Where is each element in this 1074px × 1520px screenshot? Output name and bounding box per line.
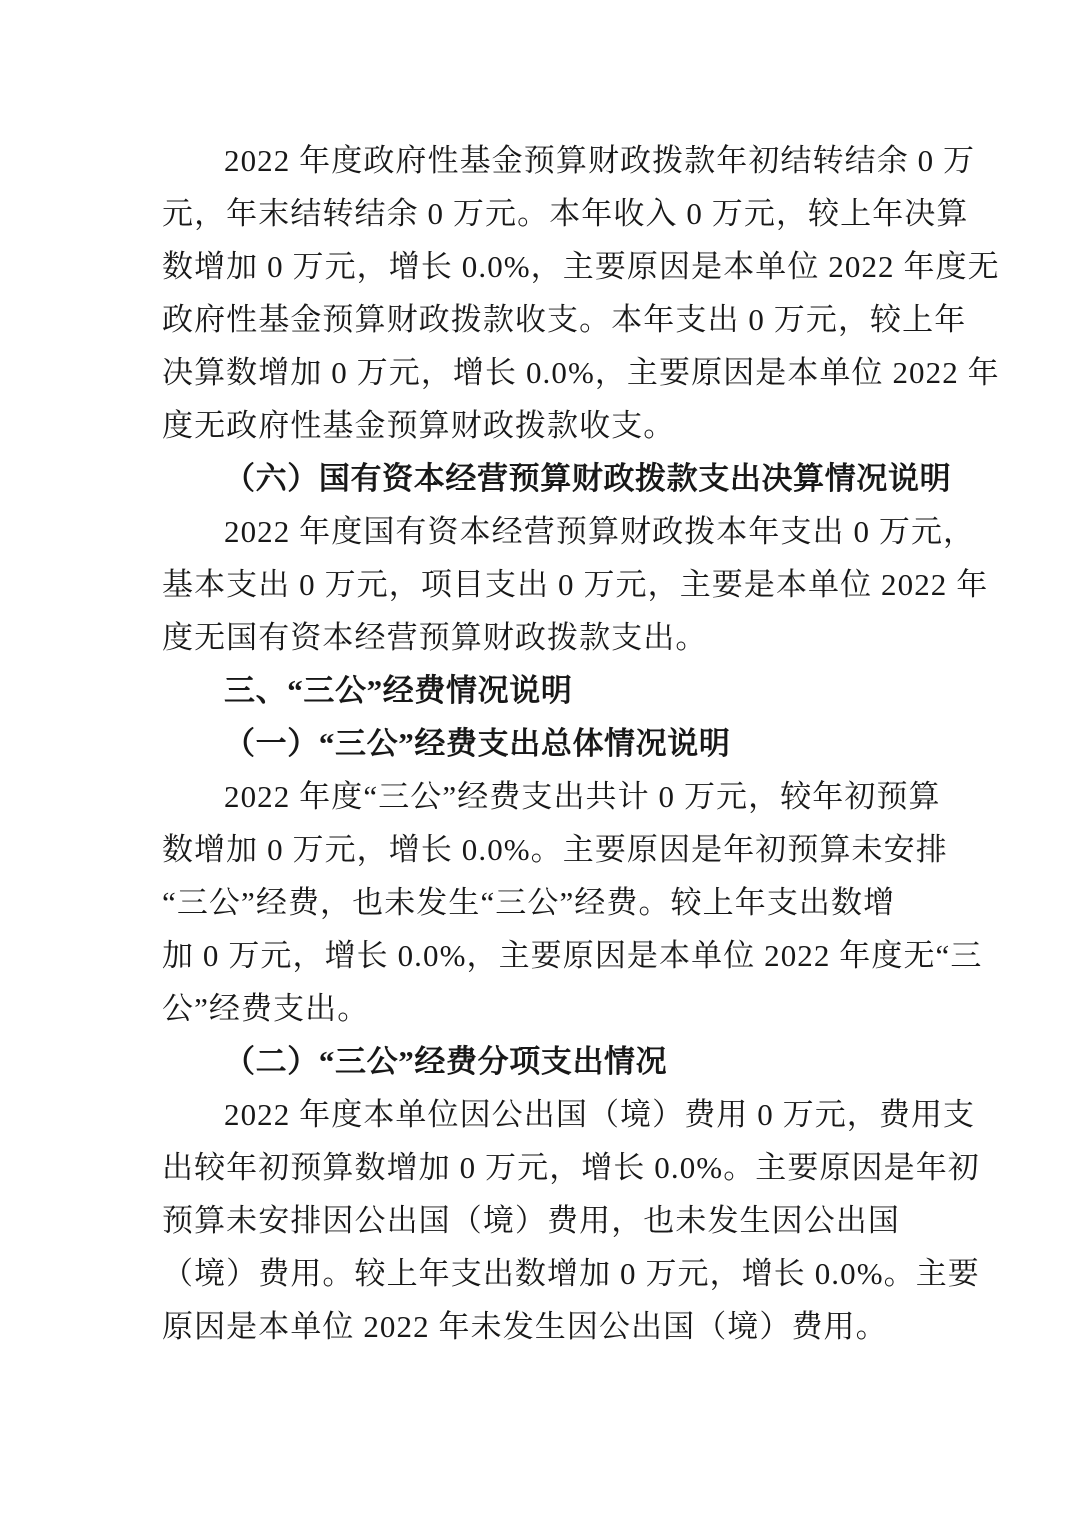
heading-part-3-three-public-funds: 三、“三公”经费情况说明 [162,664,910,717]
text-line: 数增加 0 万元，增长 0.0%。主要原因是年初预算未安排 [162,823,910,876]
heading-section-2-itemized-spending: （二）“三公”经费分项支出情况 [162,1035,910,1088]
text-line: 2022 年度国有资本经营预算财政拨本年支出 0 万元， [162,505,910,558]
para-gov-fund-budget: 2022 年度政府性基金预算财政拨款年初结转结余 0 万元，年末结转结余 0 万… [162,134,910,452]
heading-line: （一）“三公”经费支出总体情况说明 [162,717,910,770]
text-line: 元，年末结转结余 0 万元。本年收入 0 万元，较上年决算 [162,187,910,240]
text-line: 数增加 0 万元，增长 0.0%，主要原因是本单位 2022 年度无 [162,240,910,293]
text-line: 度无政府性基金预算财政拨款收支。 [162,399,910,452]
text-line: 预算未安排因公出国（境）费用，也未发生因公出国 [162,1194,910,1247]
para-state-capital-budget: 2022 年度国有资本经营预算财政拨本年支出 0 万元，基本支出 0 万元，项目… [162,505,910,664]
text-line: 2022 年度政府性基金预算财政拨款年初结转结余 0 万 [162,134,910,187]
text-line: “三公”经费，也未发生“三公”经费。较上年支出数增 [162,876,910,929]
text-line: （境）费用。较上年支出数增加 0 万元，增长 0.0%。主要 [162,1247,910,1300]
text-line: 2022 年度“三公”经费支出共计 0 万元，较年初预算 [162,770,910,823]
text-line: 加 0 万元，增长 0.0%，主要原因是本单位 2022 年度无“三 [162,929,910,982]
text-line: 公”经费支出。 [162,982,910,1035]
para-overseas-travel-expense: 2022 年度本单位因公出国（境）费用 0 万元，费用支出较年初预算数增加 0 … [162,1088,910,1353]
text-line: 原因是本单位 2022 年未发生因公出国（境）费用。 [162,1300,910,1353]
heading-line: 三、“三公”经费情况说明 [162,664,910,717]
text-line: 决算数增加 0 万元，增长 0.0%，主要原因是本单位 2022 年 [162,346,910,399]
text-line: 基本支出 0 万元，项目支出 0 万元，主要是本单位 2022 年 [162,558,910,611]
text-line: 政府性基金预算财政拨款收支。本年支出 0 万元，较上年 [162,293,910,346]
para-three-public-funds-overall: 2022 年度“三公”经费支出共计 0 万元，较年初预算数增加 0 万元，增长 … [162,770,910,1035]
heading-section-1-overall-spending: （一）“三公”经费支出总体情况说明 [162,717,910,770]
text-line: 度无国有资本经营预算财政拨款支出。 [162,611,910,664]
heading-section-6-state-capital: （六）国有资本经营预算财政拨款支出决算情况说明 [162,452,910,505]
document-body: 2022 年度政府性基金预算财政拨款年初结转结余 0 万元，年末结转结余 0 万… [162,134,910,1353]
heading-line: （六）国有资本经营预算财政拨款支出决算情况说明 [162,452,910,505]
heading-line: （二）“三公”经费分项支出情况 [162,1035,910,1088]
text-line: 出较年初预算数增加 0 万元，增长 0.0%。主要原因是年初 [162,1141,910,1194]
document-page: 2022 年度政府性基金预算财政拨款年初结转结余 0 万元，年末结转结余 0 万… [0,0,1074,1520]
text-line: 2022 年度本单位因公出国（境）费用 0 万元，费用支 [162,1088,910,1141]
